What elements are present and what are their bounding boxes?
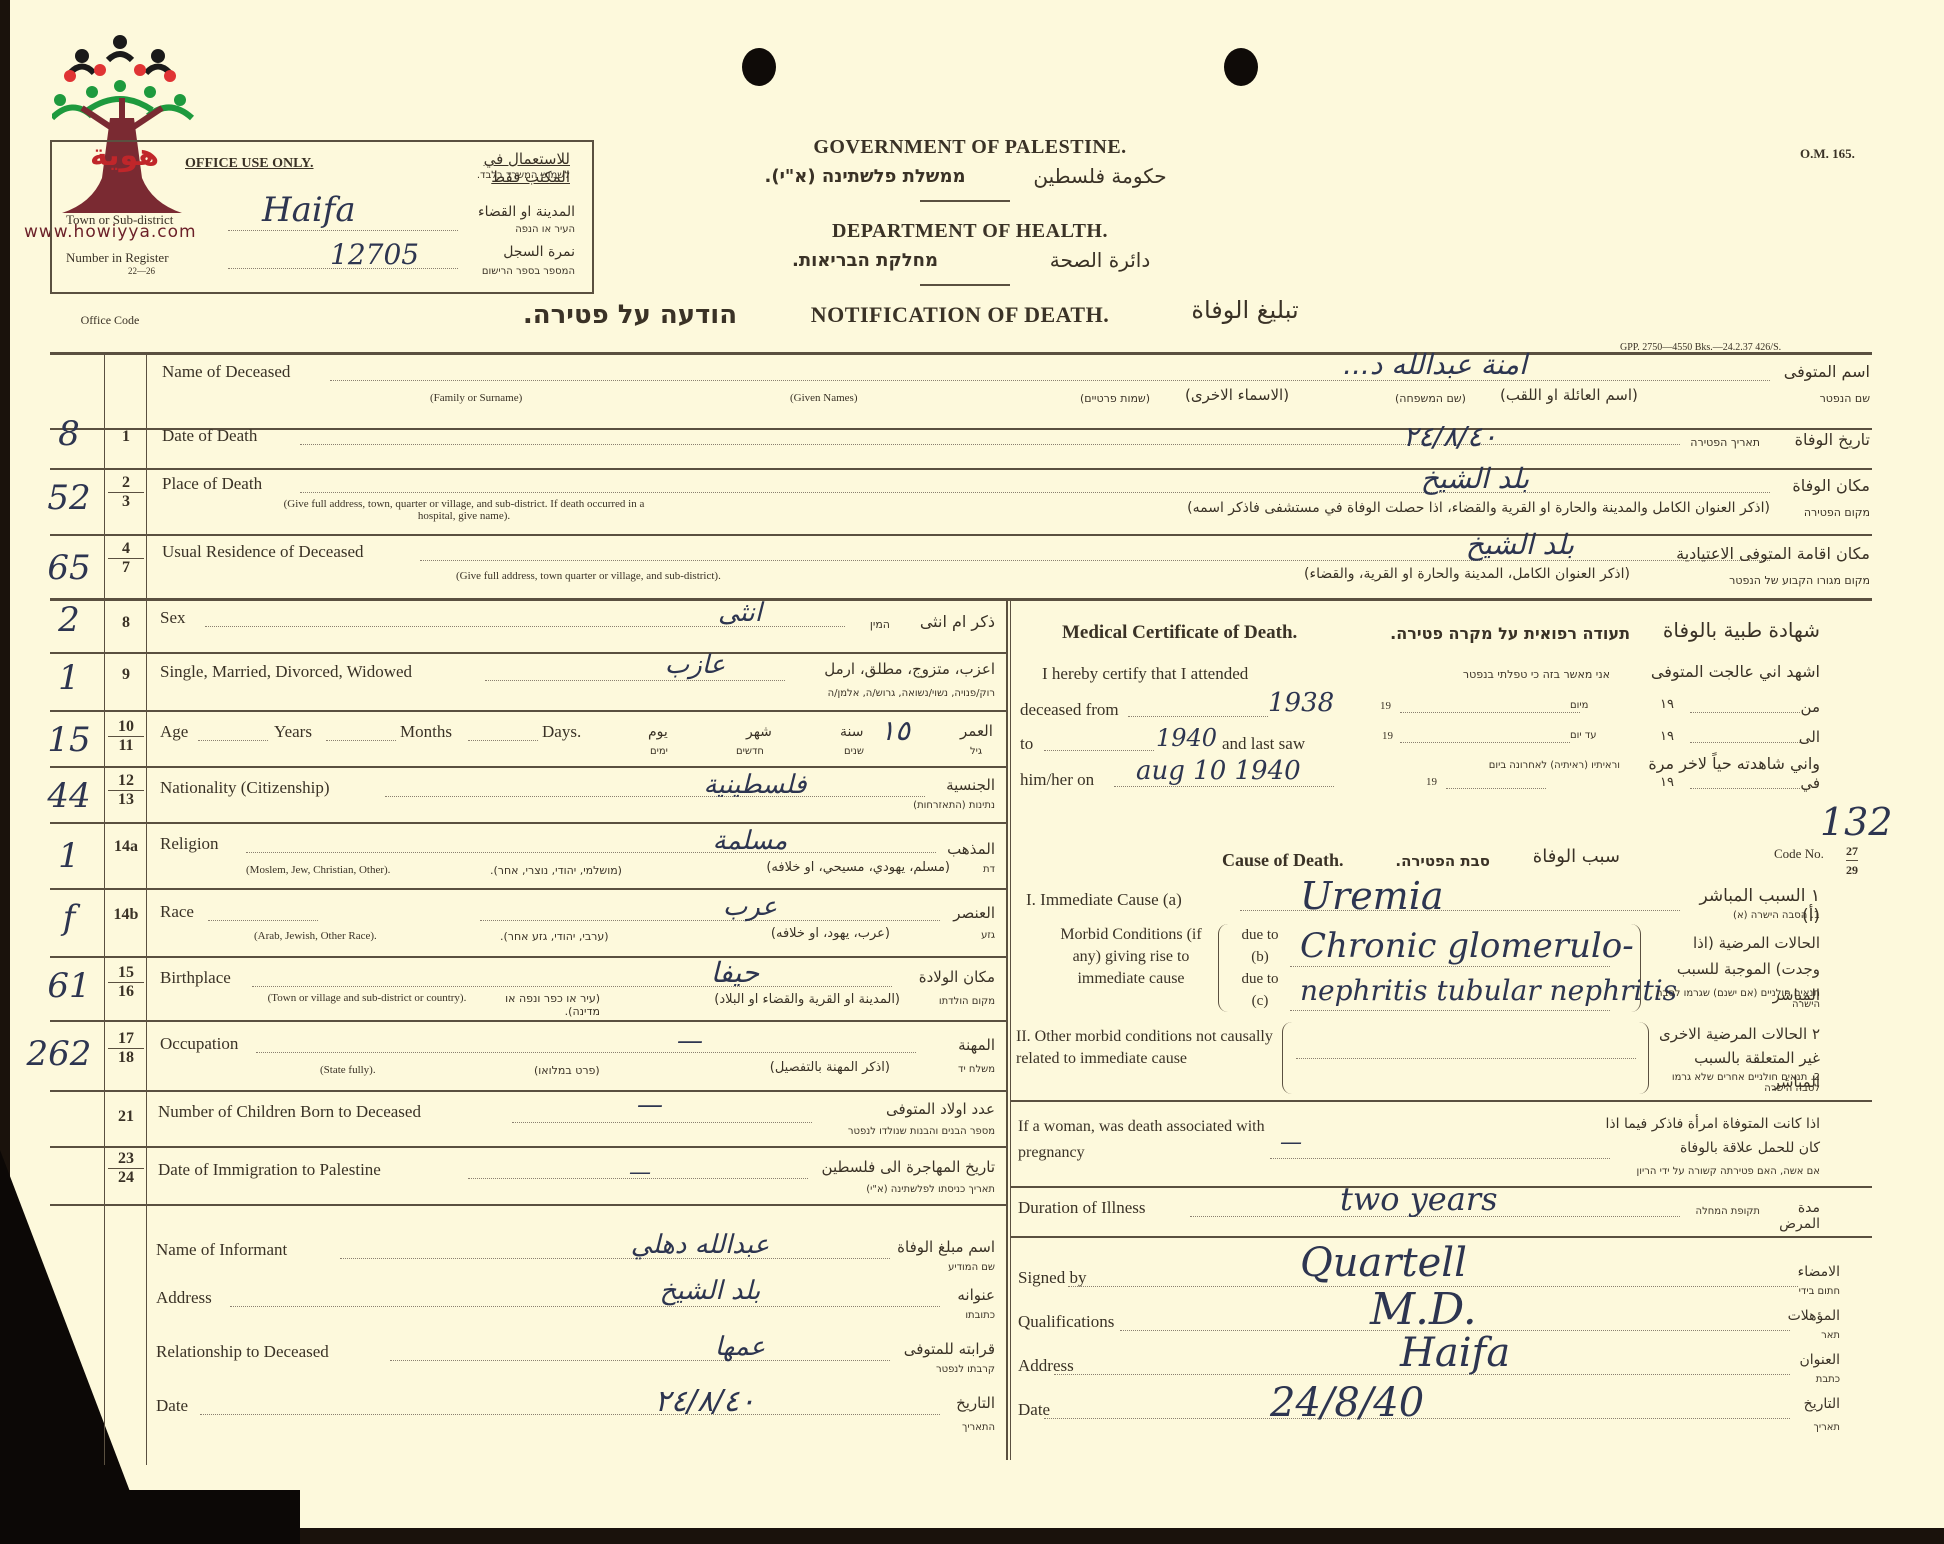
code-margin-note: 132 [1820, 800, 1893, 844]
race-label-ar: العنصر [940, 904, 995, 922]
signed-by-label: Signed by [1018, 1268, 1086, 1288]
race-hint: (Arab, Jewish, Other Race). [254, 930, 377, 942]
year-prefix: 19 [1380, 700, 1391, 712]
relationship-value[interactable]: عمها [700, 1332, 780, 1362]
informant-address-label: Address [156, 1288, 212, 1308]
other-morbid-conditions-label: II. Other morbid conditions not causally… [1016, 1026, 1276, 1070]
duration-of-illness-label: Duration of Illness [1018, 1198, 1145, 1218]
row-number: 1516 [108, 964, 144, 1001]
religion-hint-he: (מושלמי, יהודי, נוצרי, אחר). [490, 864, 622, 877]
attended-from-value[interactable]: 1938 [1268, 688, 1334, 718]
informant-address-field[interactable] [230, 1306, 940, 1307]
attended-from-field-he[interactable] [1400, 712, 1580, 713]
occupation-hint: (State fully). [320, 1064, 376, 1076]
due-to-b-label: due to (b) [1240, 924, 1280, 968]
certify-statement: I hereby certify that I attended [1042, 664, 1248, 684]
row-rule [1010, 1100, 1872, 1102]
margin-code: 44 [34, 776, 104, 816]
immigration-date-label-he: תאריך כניסתו לפלשתינה (א"י) [760, 1184, 995, 1195]
morbid-c-value[interactable]: nephritis tubular nephritis [1300, 974, 1677, 1007]
name-of-deceased-label-he: שם הנפטר [1770, 392, 1870, 405]
government-title: GOVERNMENT OF PALESTINE. [760, 136, 1180, 159]
year-prefix-ar: ١٩ [1660, 728, 1674, 744]
code-number-label: Code No. [1774, 846, 1824, 862]
sex-label: Sex [160, 608, 186, 628]
birthplace-label: Birthplace [160, 968, 231, 988]
physician-date-label: Date [1018, 1400, 1050, 1420]
last-saw-on-label: him/her on [1020, 770, 1094, 790]
torn-edge [0, 1490, 300, 1544]
nationality-label-ar: الجنسية [920, 776, 995, 794]
sex-value[interactable]: انثى [690, 598, 790, 628]
margin-code: 52 [34, 478, 104, 518]
town-label-he: העיר או הנפה [460, 224, 575, 235]
age-value[interactable]: ١٥ [880, 714, 910, 747]
attended-to-value[interactable]: 1940 [1156, 724, 1217, 752]
row-rule [50, 822, 1008, 824]
age-months-label-he: חדשים [736, 746, 764, 757]
age-months-field[interactable] [326, 740, 396, 741]
physician-signature[interactable]: Quartell [1300, 1240, 1467, 1286]
physician-address-label-he: כתבת [1790, 1374, 1840, 1385]
usual-residence-hint-ar: (اذكر العنوان الكامل، المدينة والحارة او… [1190, 566, 1630, 582]
year-prefix: 19 [1426, 776, 1437, 788]
office-use-heading: OFFICE USE ONLY. [185, 156, 314, 172]
birthplace-label-he: מקום הולדתו [900, 996, 995, 1007]
margin-code: 65 [34, 548, 104, 588]
race-field[interactable] [208, 920, 318, 921]
row-rule [50, 598, 1872, 601]
last-saw-on-field-he[interactable] [1446, 788, 1546, 789]
usual-residence-label: Usual Residence of Deceased [162, 542, 364, 562]
header-divider [920, 200, 1010, 202]
pregnancy-value[interactable]: — [1280, 1130, 1302, 1155]
relationship-field[interactable] [390, 1360, 890, 1361]
usual-residence-label-ar: مكان اقامة المتوفى الاعتيادية [1650, 544, 1870, 563]
row-number: 1213 [108, 772, 144, 809]
row-number: 1011 [108, 718, 144, 755]
last-saw-on-value[interactable]: aug 10 1940 [1136, 756, 1301, 786]
pregnancy-label: If a woman, was death associated with pr… [1018, 1114, 1268, 1166]
given-names-hint: (Given Names) [790, 392, 858, 404]
age-label: Age [160, 722, 188, 742]
immigration-date-label-ar: تاريخ المهاجرة الى فلسطين [790, 1158, 995, 1176]
year-prefix-ar: ١٩ [1660, 774, 1674, 790]
physician-address-label: Address [1018, 1356, 1074, 1376]
age-days-label-ar: يوم [648, 724, 668, 740]
attended-from-label: deceased from [1020, 700, 1119, 720]
informant-date-value[interactable]: ٢٤/٨/٤٠ [590, 1384, 820, 1419]
due-to-c-label: due to (c) [1240, 968, 1280, 1012]
qualifications-label: Qualifications [1018, 1312, 1114, 1332]
attended-to-field-ar[interactable] [1690, 742, 1800, 743]
place-of-death-value[interactable]: بلد الشيخ [1350, 462, 1600, 495]
torn-corner [0, 1150, 150, 1544]
birthplace-label-ar: مكان الولادة [900, 968, 995, 986]
morbid-c-field[interactable] [1290, 1010, 1610, 1011]
marital-status-label-he: רוק/פנויה, נשוי/נשואה, גרוש/ה, אלמן/ה [750, 688, 995, 699]
informant-address-label-ar: عنوانه [920, 1286, 995, 1304]
duration-of-illness-label-ar: مدة المرض [1765, 1200, 1820, 1232]
number-of-children-label-ar: عدد اولاد المتوفى [800, 1100, 995, 1118]
place-of-death-label-ar: مكان الوفاة [1770, 476, 1870, 495]
occupation-field[interactable] [256, 1052, 916, 1053]
cause-of-death-heading-ar: سبب الوفاة [1510, 846, 1620, 867]
last-saw-on-field-ar[interactable] [1690, 788, 1800, 789]
occupation-value[interactable]: — [650, 1026, 730, 1056]
religion-value[interactable]: مسلمة [690, 826, 810, 856]
government-title-he: ממשלת פלשתינה (א"י). [740, 166, 990, 187]
marital-status-label: Single, Married, Divorced, Widowed [160, 662, 412, 682]
medical-panel-left-border-2 [1010, 600, 1011, 1460]
morbid-b-field[interactable] [1290, 966, 1610, 967]
informant-name-value[interactable]: عبدالله دهلي [600, 1230, 800, 1260]
medical-certificate-heading-ar: شهادة طبية بالوفاة [1650, 618, 1820, 642]
religion-field[interactable] [246, 852, 936, 853]
department-title-he: מחלקת הבריאות. [740, 250, 990, 271]
row-rule [50, 710, 1008, 712]
punch-hole-right [1224, 48, 1258, 86]
physician-address-value[interactable]: Haifa [1400, 1330, 1510, 1376]
physician-address-label-ar: العنوان [1770, 1352, 1840, 1368]
medical-certificate-heading-he: תעודה רפואית על מקרה פטירה. [1380, 624, 1630, 643]
immediate-cause-value[interactable]: Uremia [1300, 874, 1444, 918]
number-column-line [146, 355, 147, 1465]
informant-date-label-he: התאריך [920, 1422, 995, 1433]
row-number: 2324 [108, 1150, 144, 1187]
margin-code: 8 [34, 414, 104, 454]
informant-date-label: Date [156, 1396, 188, 1416]
margin-code: 15 [34, 720, 104, 760]
duration-of-illness-label-he: תקופת המחלה [1690, 1206, 1760, 1217]
date-of-death-label: Date of Death [162, 426, 257, 446]
last-saw-label: and last saw [1222, 734, 1305, 754]
attended-from-field-ar[interactable] [1690, 712, 1800, 713]
occupation-hint-ar: (اذكر المهنة بالتفصيل) [730, 1060, 890, 1075]
informant-date-label-ar: التاريخ [920, 1394, 995, 1412]
qualifications-label-ar: المؤهلات [1770, 1308, 1840, 1324]
informant-name-label: Name of Informant [156, 1240, 287, 1260]
age-days-label-he: ימים [650, 746, 668, 757]
duration-of-illness-value[interactable]: two years [1340, 1180, 1498, 1218]
attended-to-field[interactable] [1044, 750, 1154, 751]
row-rule [50, 428, 1872, 430]
date-of-death-label-he: תאריך הפטירה [1680, 436, 1760, 449]
margin-code: 1 [34, 658, 104, 698]
age-days-field[interactable] [468, 740, 538, 741]
attended-from-field[interactable] [1128, 716, 1268, 717]
cause-of-death-heading: Cause of Death. [1222, 850, 1344, 871]
year-prefix: 19 [1382, 730, 1393, 742]
relationship-label: Relationship to Deceased [156, 1342, 329, 1362]
morbid-brace [1218, 924, 1231, 1012]
other-brace [1282, 1022, 1293, 1094]
year-prefix-ar: ١٩ [1660, 696, 1674, 712]
relationship-label-he: קרבתו לנפטר [880, 1364, 995, 1375]
number-of-children-label: Number of Children Born to Deceased [158, 1102, 421, 1122]
other-brace-right [1638, 1022, 1649, 1094]
race-hint-ar: (عرب، يهود، او خلافه) [700, 926, 890, 941]
age-label-ar: العمر [960, 722, 993, 740]
row-rule [50, 1090, 1008, 1092]
row-rule [50, 1204, 1008, 1206]
last-saw-on-label-ar: في [1800, 774, 1820, 792]
place-of-death-hint: (Give full address, town, quarter or vil… [264, 498, 664, 522]
religion-label-ar: المذهب [940, 840, 995, 858]
nationality-field[interactable] [385, 796, 925, 797]
age-months-label-ar: شهر [746, 724, 772, 740]
family-name-hint-ar: (اسم العائلة او اللقب) [1500, 386, 1638, 404]
row-rule [50, 766, 1008, 768]
age-years-field[interactable] [198, 740, 268, 741]
form-number: O.M. 165. [1800, 146, 1855, 162]
row-number: 14a [108, 838, 144, 856]
birthplace-hint-he: (עיר או כפר ונפה או מדינה). [500, 992, 600, 1018]
religion-hint-ar: (مسلم، يهودي، مسيحي، او خلافه) [690, 860, 950, 875]
occupation-label-ar: المهنة [940, 1036, 995, 1054]
row-rule [50, 1146, 1008, 1148]
place-of-death-label-he: מקום הפטירה [1770, 506, 1870, 519]
pregnancy-field[interactable] [1270, 1158, 1610, 1159]
signed-by-label-he: חתום בידי [1790, 1286, 1840, 1297]
department-title-ar: دائرة الصحة [1020, 248, 1180, 272]
other-morbid-conditions-field[interactable] [1296, 1058, 1636, 1059]
number-of-children-label-he: מספר הבנים והבנות שנולדו לנפטר [760, 1126, 995, 1137]
birthplace-value[interactable]: حيفا [680, 956, 790, 989]
religion-hint: (Moslem, Jew, Christian, Other). [246, 864, 390, 876]
cause-of-death-heading-he: סבת הפטירה. [1380, 852, 1490, 870]
row-rule [50, 652, 1008, 654]
row-rule [1010, 1236, 1872, 1238]
immigration-date-value[interactable]: — [600, 1160, 680, 1185]
margin-code: 1 [34, 836, 104, 876]
code-number: 2729 [1846, 842, 1858, 879]
informant-name-label-ar: اسم مبلغ الوفاة [890, 1238, 995, 1256]
race-value[interactable]: عرب [700, 892, 800, 922]
occupation-hint-he: (פרט במלואו) [534, 1064, 600, 1077]
other-morbid-conditions-label-he: 2. תנאים חולניים אחרים שלא גרמו לסבה היש… [1650, 1072, 1820, 1094]
nationality-label: Nationality (Citizenship) [160, 778, 330, 798]
religion-label-he: דת [960, 864, 995, 875]
informant-name-label-he: שם המודיע [890, 1262, 995, 1273]
age-years-label-ar: سنة [840, 724, 863, 740]
marital-status-field[interactable] [485, 680, 785, 681]
usual-residence-value[interactable]: بلد الشيخ [1420, 528, 1620, 561]
place-of-death-label: Place of Death [162, 474, 262, 494]
row-number: 21 [108, 1108, 144, 1126]
town-label-ar: المدينة او القضاء [460, 204, 575, 220]
attended-to-label: to [1020, 734, 1033, 754]
department-title: DEPARTMENT OF HEALTH. [760, 220, 1180, 243]
medical-certificate-heading: Medical Certificate of Death. [1062, 622, 1297, 644]
notification-title-ar: تبليغ الوفاة [1170, 296, 1320, 324]
birthplace-field[interactable] [252, 986, 892, 987]
row-rule [50, 1020, 1008, 1022]
medical-panel-left-border [1006, 600, 1008, 1460]
register-label-ar: نمرة السجل [460, 244, 575, 260]
row-number: 8 [108, 614, 144, 632]
date-of-death-value[interactable]: ٢٤/٨/٤٠ [1360, 420, 1540, 453]
morbid-b-value[interactable]: Chronic glomerulo- [1300, 926, 1634, 966]
sex-label-ar: ذكر ام انثى [890, 612, 995, 631]
occupation-label-he: משלח יד [920, 1064, 995, 1075]
religion-label: Religion [160, 834, 219, 854]
race-hint-he: (ערבי, יהודי, גזע אחר). [500, 930, 609, 943]
row-number: 14b [108, 906, 144, 924]
immigration-date-label: Date of Immigration to Palestine [158, 1160, 381, 1180]
age-label-he: גיל [970, 746, 982, 757]
age-years-label: Years [274, 722, 312, 742]
last-saw-on-field[interactable] [1114, 786, 1334, 787]
row-rule [50, 956, 1008, 958]
attended-to-label-he: עד יום [1570, 730, 1597, 741]
family-name-hint-he: (שם המשפחה) [1395, 392, 1466, 405]
register-label-he: המספר בספר הרישום [440, 266, 575, 277]
attended-from-label-ar: من [1800, 698, 1820, 716]
register-sub: 22—26 [128, 266, 155, 276]
age-years-label-he: שנים [844, 746, 864, 757]
marital-status-label-ar: اعزب، متزوج، مطلق، ارمل [750, 660, 995, 678]
informant-address-label-he: כתובתו [920, 1310, 995, 1321]
name-of-deceased-label: Name of Deceased [162, 362, 290, 382]
attended-from-label-he: מיום [1570, 700, 1588, 711]
signed-by-label-ar: الامضاء [1790, 1264, 1840, 1280]
notification-title: NOTIFICATION OF DEATH. [770, 302, 1150, 328]
town-label: Town or Sub-district [66, 212, 173, 228]
informant-date-field[interactable] [200, 1414, 940, 1415]
sex-label-he: המין [840, 618, 890, 631]
margin-column-line [104, 355, 105, 1465]
physician-date-label-he: תאריך [1790, 1422, 1840, 1433]
given-names-hint-he: (שמות פרטיים) [1080, 392, 1150, 405]
usual-residence-label-he: מקום מגורו הקבוע של הנפטר [1650, 574, 1870, 587]
government-title-ar: حكومة فلسطين [1020, 164, 1180, 188]
top-rule [50, 352, 1872, 355]
nationality-label-he: נתינות (התאזרחות) [860, 800, 995, 811]
office-use-heading-he: לשמוש המשרד בלבד. [440, 170, 570, 181]
immediate-cause-label-he: 1. הסבה הישרה (א) [1680, 910, 1820, 921]
morbid-conditions-label-he: תנאים חולניים (אם ישנם) שגרמו לסבה הישרה [1645, 988, 1820, 1010]
birthplace-hint: (Town or village and sub-district or cou… [252, 992, 482, 1004]
race-label-he: גזע [960, 930, 995, 941]
margin-code: 2 [34, 600, 104, 640]
occupation-label: Occupation [160, 1034, 238, 1054]
qualifications-value[interactable]: M.D. [1370, 1284, 1477, 1335]
margin-code: 61 [34, 966, 104, 1006]
qualifications-label-he: תאר [1790, 1330, 1840, 1341]
row-rule [50, 888, 1008, 890]
pregnancy-label-he: אם אשה, האם פטירתה קשורה על ידי הריון [1480, 1166, 1820, 1177]
register-label: Number in Register [66, 250, 169, 266]
date-of-death-label-ar: تاريخ الوفاة [1770, 430, 1870, 449]
attended-to-field-he[interactable] [1400, 742, 1570, 743]
morbid-brace-right [1630, 924, 1641, 1012]
certify-statement-ar: اشهد اني عالجت المتوفى [1640, 662, 1820, 681]
age-days-label: Days. [542, 722, 581, 742]
birthplace-hint-ar: (المدينة او القرية والقضاء او البلاد) [630, 992, 900, 1007]
notification-title-he: הודעה על פטירה. [510, 300, 750, 330]
row-number: 47 [108, 540, 144, 577]
row-number: 9 [108, 666, 144, 684]
relationship-label-ar: قرابته للمتوفى [880, 1340, 995, 1358]
pregnancy-label-ar: اذا كانت المتوفاة امرأة فاذكر فيما اذا ك… [1580, 1112, 1820, 1160]
certify-statement-he: אני מאשר בזה כי טפלתי בנפטר [1370, 668, 1610, 681]
attended-to-label-ar: الى [1800, 728, 1820, 746]
usual-residence-hint: (Give full address, town quarter or vill… [456, 570, 721, 582]
office-code-label: Office Code [80, 312, 140, 328]
row-number: 23 [108, 474, 144, 511]
row-number: 1718 [108, 1030, 144, 1067]
physician-date-value[interactable]: 24/8/40 [1270, 1380, 1424, 1426]
last-saw-label-he: וראיתיו (ראיתיה) לאחרונה ביום [1380, 760, 1620, 771]
race-label: Race [160, 902, 194, 922]
place-of-death-hint-ar: (اذكر العنوان الكامل والمدينة والحارة او… [1030, 500, 1770, 516]
given-names-hint-ar: (الاسماء الاخرى) [1185, 386, 1289, 404]
name-of-deceased-label-ar: اسم المتوفى [1770, 362, 1870, 381]
register-value[interactable]: 12705 [330, 238, 419, 271]
family-name-hint: (Family or Surname) [430, 392, 522, 404]
header-divider [920, 284, 1010, 286]
row-number: 1 [108, 428, 144, 446]
margin-code: 262 [14, 1034, 104, 1074]
number-of-children-field[interactable] [512, 1122, 812, 1123]
age-months-label: Months [400, 722, 452, 742]
punch-hole-left [742, 48, 776, 86]
marital-status-value[interactable]: عازب [640, 650, 750, 680]
morbid-conditions-label: Morbid Conditions (if any) giving rise t… [1046, 924, 1216, 990]
immediate-cause-label: I. Immediate Cause (a) [1026, 890, 1182, 910]
number-of-children-value[interactable]: — [610, 1090, 690, 1120]
margin-code: f [34, 898, 104, 938]
town-value[interactable]: Haifa [262, 190, 356, 230]
physician-date-label-ar: التاريخ [1770, 1396, 1840, 1412]
last-saw-label-ar: واني شاهدته حياً لاخر مرة [1640, 754, 1820, 773]
informant-address-value[interactable]: بلد الشيخ [640, 1276, 780, 1306]
name-of-deceased-value[interactable]: امنة عبدالله د... [1290, 348, 1580, 381]
town-line [228, 230, 458, 231]
nationality-value[interactable]: فلسطينية [680, 770, 830, 800]
